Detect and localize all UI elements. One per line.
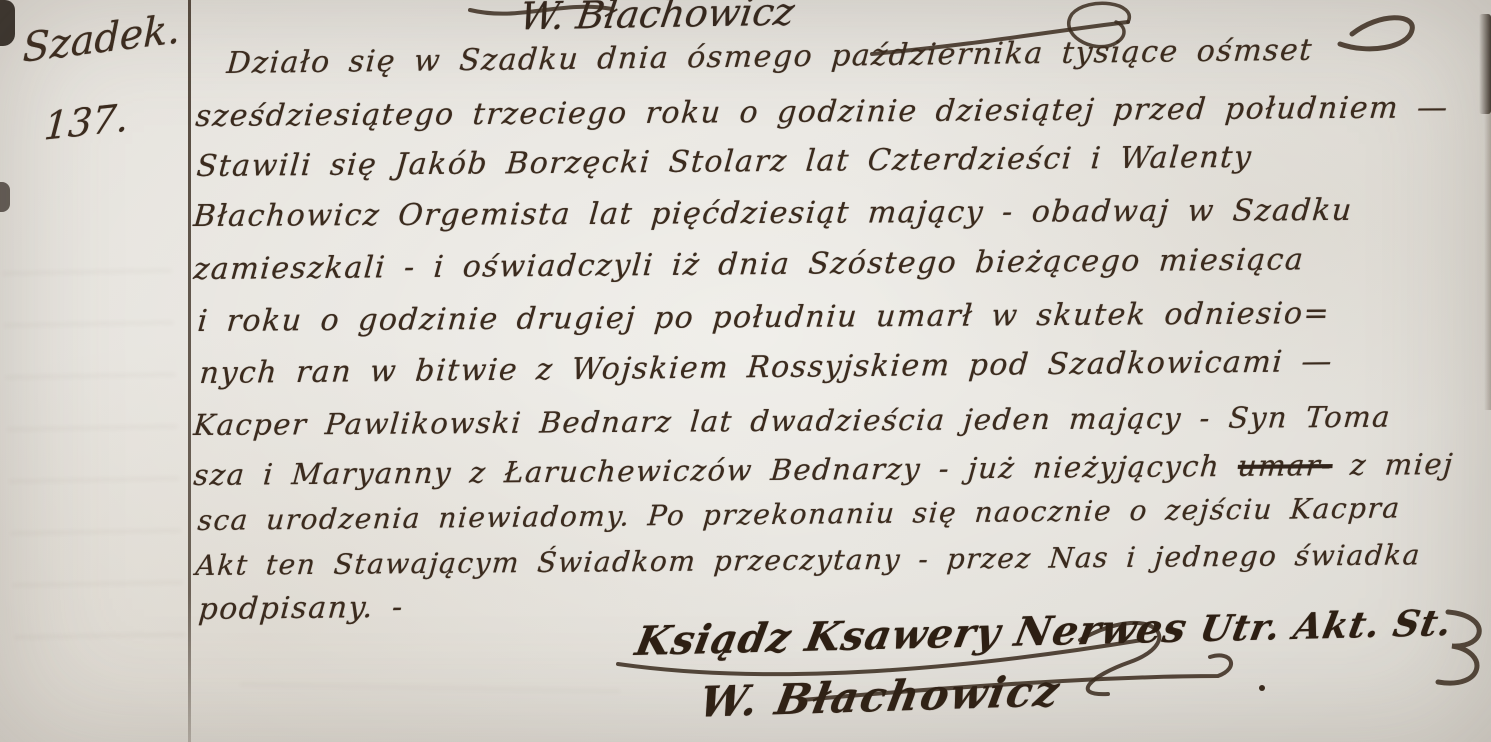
margin-rule-line xyxy=(188,0,191,742)
header-signature: W. Błachowicz xyxy=(517,0,797,38)
ink-dot xyxy=(1259,685,1265,691)
record-text-line: i roku o godzinie drugiej po południu um… xyxy=(196,296,1331,339)
record-text-line: Kacper Pawlikowski Bednarz lat dwadzieśc… xyxy=(192,400,1392,442)
witness-signature: W. Błachowicz xyxy=(696,666,1065,727)
record-text-line: sześdziesiątego trzeciego roku o godzini… xyxy=(194,90,1450,134)
flourish-curl xyxy=(1340,18,1412,49)
line-text: sza i Maryanny z Łaruchewiczów Bednarzy … xyxy=(192,449,1239,492)
record-text-line: Stawili się Jakób Borzęcki Stolarz lat C… xyxy=(195,140,1253,184)
page-edge-shadow xyxy=(1479,14,1491,114)
bleedthrough-smudge xyxy=(0,227,185,673)
record-text-line: podpisany. - xyxy=(197,590,405,627)
line-text: Błachowicz Orgemista lat pięćdziesiąt ma… xyxy=(192,193,1354,234)
page-edge-shadow xyxy=(1484,110,1491,410)
record-text-line: sca urodzenia niewiadomy. Po przekonaniu… xyxy=(196,491,1401,537)
record-text-line: Akt ten Stawającym Świadkom przeczytany … xyxy=(194,538,1422,582)
line-text: Działo się w Szadku dnia ósmego paździer… xyxy=(225,33,1314,81)
page-edge-ink-blot xyxy=(0,0,15,46)
record-text-line: Działo się w Szadku dnia ósmego paździer… xyxy=(225,33,1314,81)
margin-parish-name: Szadek. xyxy=(22,6,180,72)
crossed-out-word: umar- xyxy=(1237,448,1334,483)
line-text: sześdziesiątego trzeciego roku o godzini… xyxy=(194,90,1450,134)
line-text: Akt ten Stawającym Świadkom przeczytany … xyxy=(194,538,1422,582)
margin-record-number: 137. xyxy=(43,95,130,148)
record-text-line: sza i Maryanny z Łaruchewiczów Bednarzy … xyxy=(192,447,1455,492)
record-text-line: Błachowicz Orgemista lat pięćdziesiąt ma… xyxy=(192,193,1354,234)
registrar-signature: Ksiądz Ksawery NerwesUtr. Akt. St. xyxy=(632,598,1457,665)
line-text: podpisany. - xyxy=(197,590,405,627)
record-text-line: zamieszkali - i oświadczyli iż dnia Szós… xyxy=(192,242,1305,287)
line-text: sca urodzenia niewiadomy. Po przekonaniu… xyxy=(196,491,1401,537)
record-text-line: nych ran w bitwie z Wojskiem Rossyjskiem… xyxy=(198,344,1334,391)
line-text: i roku o godzinie drugiej po południu um… xyxy=(196,296,1331,339)
line-text: Stawili się Jakób Borzęcki Stolarz lat C… xyxy=(195,140,1253,184)
register-scan-page: Szadek. 137. W. Błachowicz Działo się w … xyxy=(0,0,1491,742)
line-text: z miej xyxy=(1331,447,1455,482)
line-text: nych ran w bitwie z Wojskiem Rossyjskiem… xyxy=(198,344,1334,391)
line-text: zamieszkali - i oświadczyli iż dnia Szós… xyxy=(192,242,1305,287)
bleedthrough-smudge xyxy=(240,640,620,720)
page-edge-ink-blot xyxy=(0,182,10,212)
registrar-name: Ksiądz Ksawery Nerwes xyxy=(632,604,1192,665)
line-text: Kacper Pawlikowski Bednarz lat dwadzieśc… xyxy=(192,400,1392,442)
registrar-title-abbreviation: Utr. Akt. St. xyxy=(1197,602,1456,650)
